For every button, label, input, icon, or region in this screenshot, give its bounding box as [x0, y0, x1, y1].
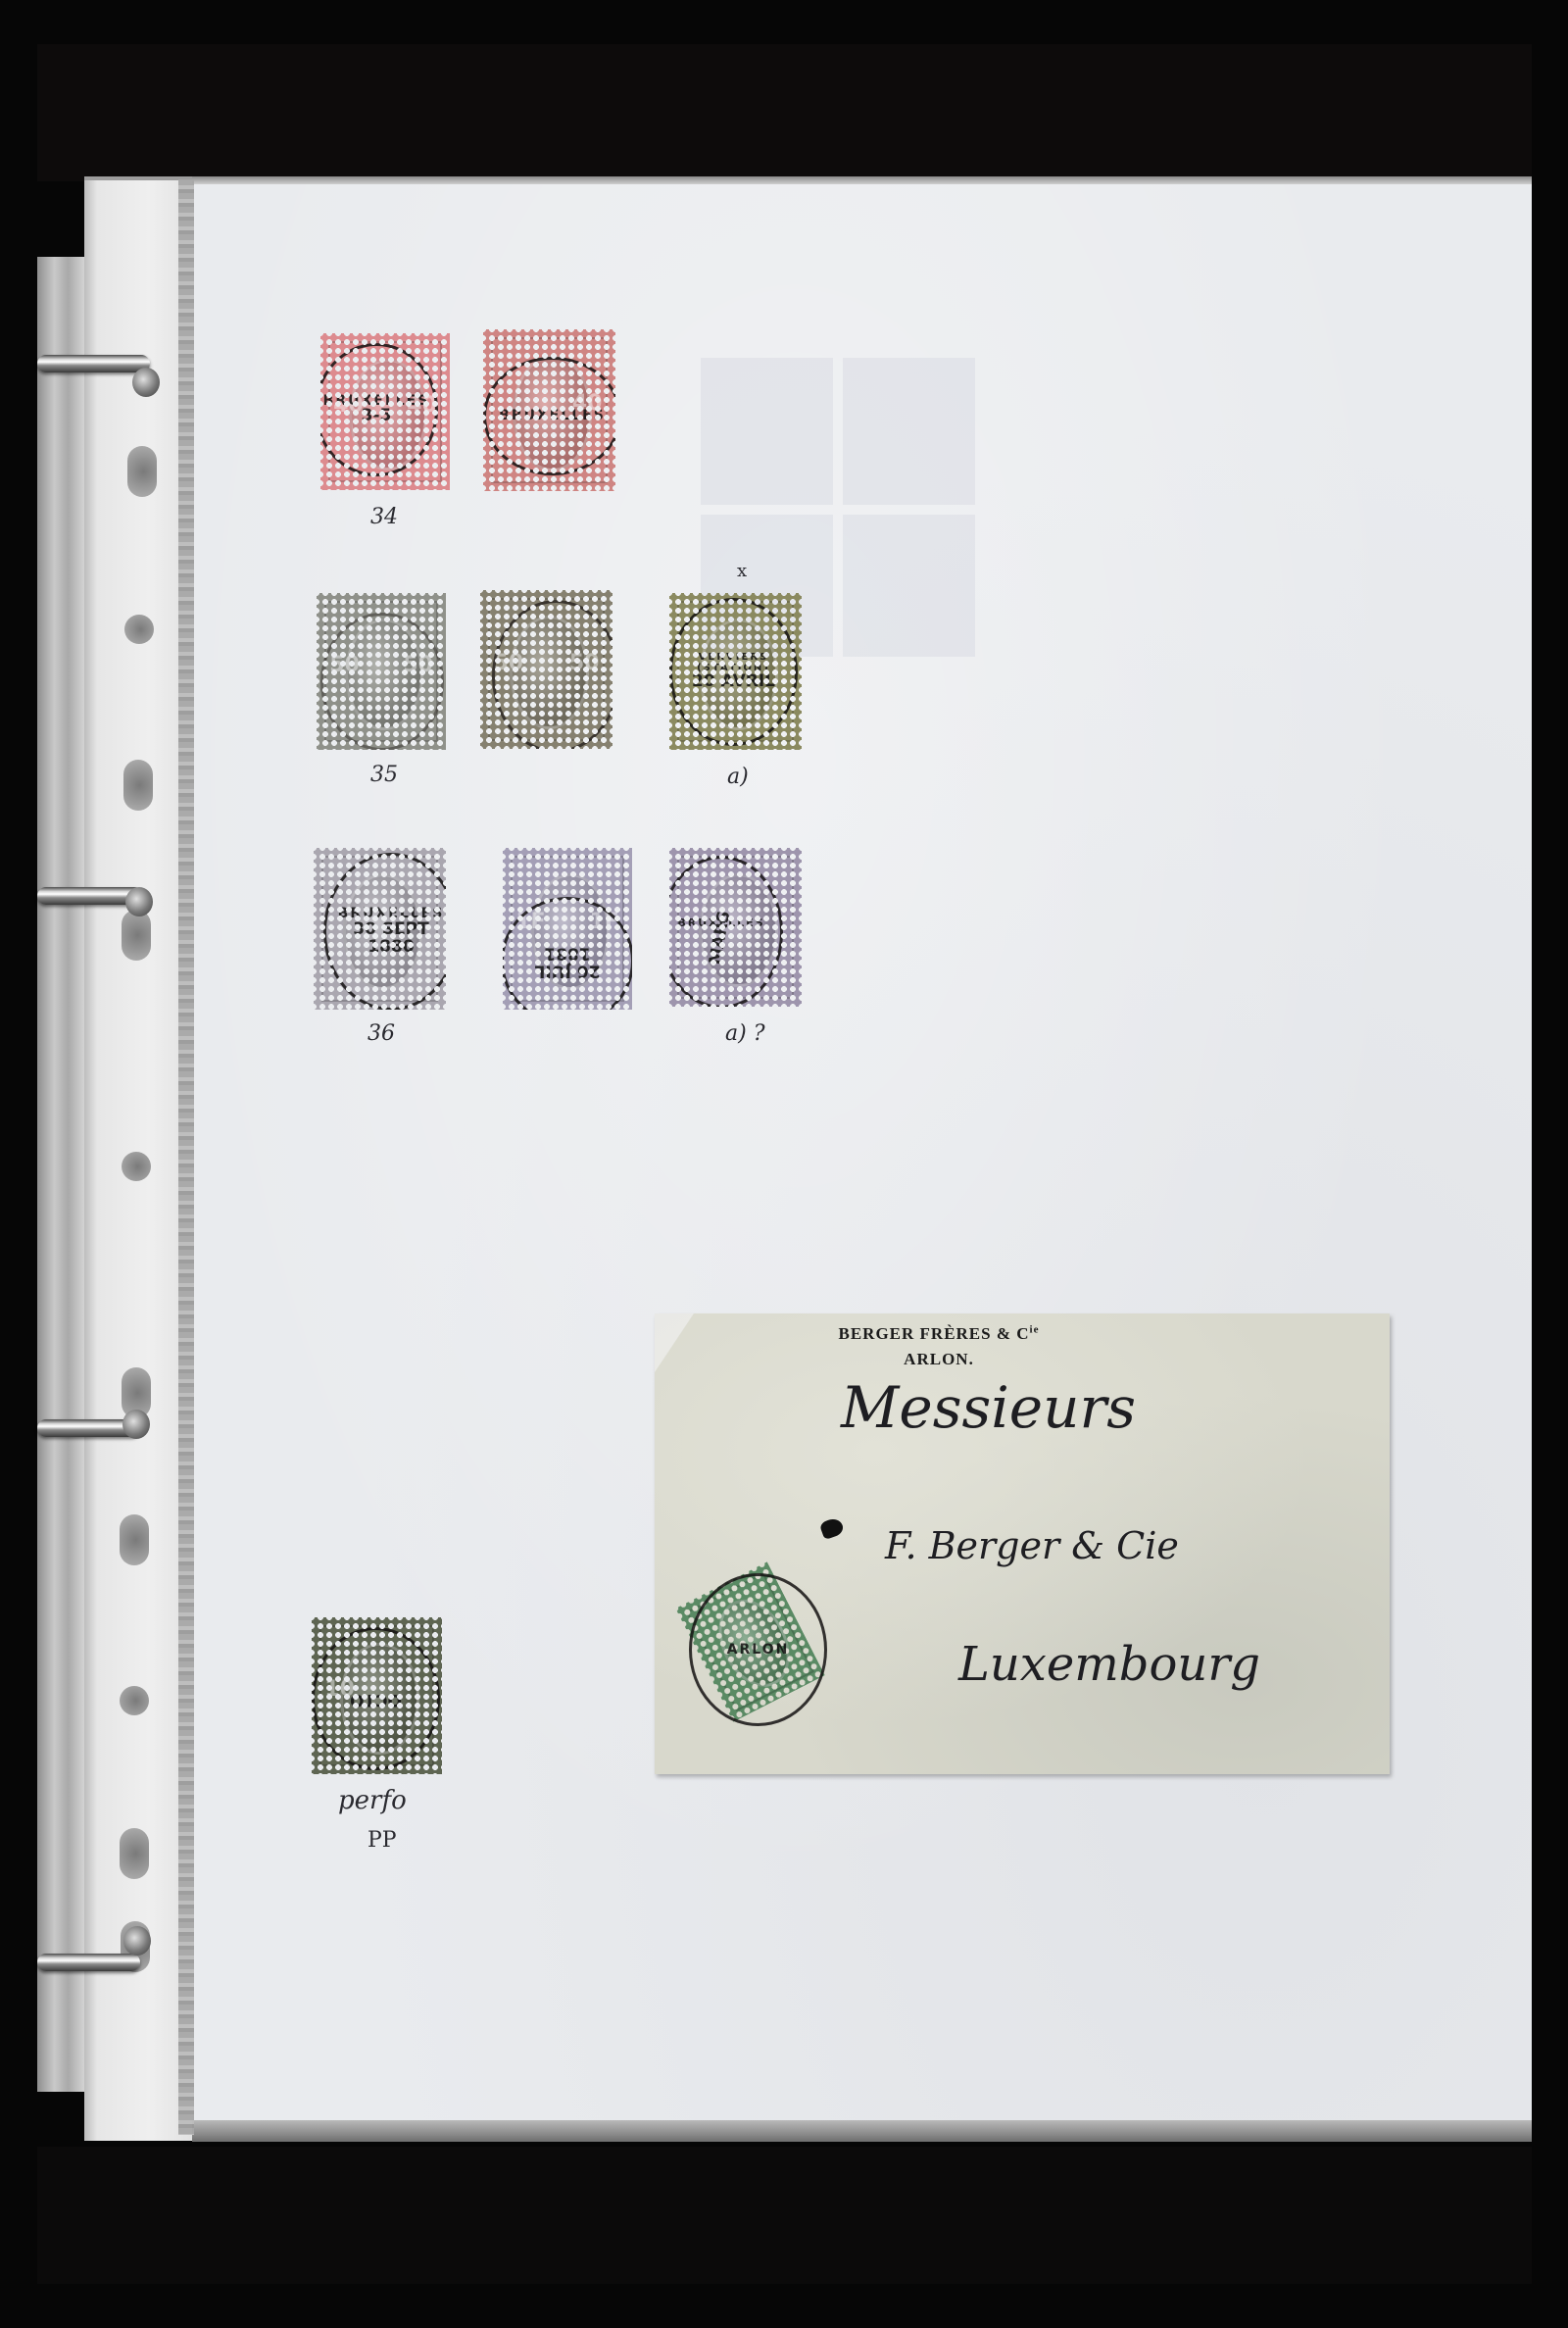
catalog-label-35: 35	[370, 763, 398, 787]
perfin-initials: PP	[367, 1828, 397, 1853]
binder-ring	[37, 1954, 140, 1971]
punch-hole	[127, 446, 157, 497]
cover-letterhead: BERGER FRÈRES & Cie ARLON.	[802, 1321, 1076, 1371]
punch-hole	[120, 1686, 149, 1715]
postmark: BRUXELLES 30 SEPT 1880	[323, 853, 459, 1011]
binder-ring-tip	[125, 887, 153, 916]
punch-hole	[122, 1152, 151, 1181]
postmark	[320, 613, 444, 751]
punch-hole	[124, 615, 154, 644]
postmark: BRUXELLES 3-5	[315, 343, 438, 476]
punch-hole	[120, 1828, 149, 1879]
stamp-36-a: BRUXELLES 30 SEPT 1880	[314, 848, 446, 1010]
postmark: OCTO	[312, 1627, 440, 1770]
stamp-34-b: 40 BRUXELLES	[483, 329, 615, 491]
binder-ring-tip	[123, 1926, 151, 1956]
page-top-edge	[192, 176, 1532, 184]
stamp-perfin: 10 OCTO	[312, 1617, 442, 1774]
variant-mark-x: x	[737, 561, 747, 581]
postal-cover: BERGER FRÈRES & Cie ARLON. Messieurs F. …	[655, 1313, 1390, 1774]
binder-ring	[37, 355, 150, 372]
cover-postmark: ARLON	[689, 1573, 827, 1726]
catalog-label-36: 36	[367, 1021, 395, 1046]
binder-backdrop-top	[37, 44, 1532, 181]
stamp-34-a: 40 40 BRUXELLES 3-5	[320, 333, 450, 490]
variant-label-a-query: a) ?	[725, 1021, 765, 1046]
postmark: VERVIERS (STATION) 20 AVRIL	[669, 598, 798, 746]
punch-hole	[122, 910, 151, 961]
stamp-36-b: 1F 1F 26 JUIL 1881	[503, 848, 632, 1010]
cover-address-city: Luxembourg	[958, 1637, 1260, 1692]
binder-ring-tip	[132, 368, 160, 397]
stamp-36-variant-a: BRUXELLES MARS	[669, 848, 802, 1007]
sleeve-seam	[178, 179, 194, 2135]
cover-address-name: F. Berger & Cie	[885, 1524, 1179, 1567]
album-scene: 40 40 BRUXELLES 3-5 40 BRUXELLES 34 50 5…	[0, 0, 1568, 2328]
punch-hole	[123, 760, 153, 811]
perfin-label: perfo	[338, 1786, 407, 1815]
binder-backdrop-bottom	[37, 2147, 1532, 2284]
postmark	[492, 600, 620, 753]
binder-ring-tip	[122, 1410, 150, 1439]
postmark: BRUXELLES	[483, 357, 621, 475]
ink-blot	[819, 1516, 846, 1540]
catalog-label-34: 34	[370, 505, 398, 529]
stamp-35-a: 50 50	[317, 593, 446, 750]
stamp-35-variant-a: VERVIERS (STATION) 20 AVRIL	[669, 593, 802, 750]
postmark: 26 JUIL 1881	[501, 897, 634, 1025]
page-bottom-edge	[192, 2120, 1532, 2142]
punch-hole	[120, 1514, 149, 1565]
postmark: BRUXELLES MARS	[660, 856, 783, 1009]
stamp-35-b: 50 50	[480, 590, 612, 749]
variant-label-a: a)	[727, 765, 749, 789]
cover-address-salutation: Messieurs	[841, 1374, 1136, 1441]
